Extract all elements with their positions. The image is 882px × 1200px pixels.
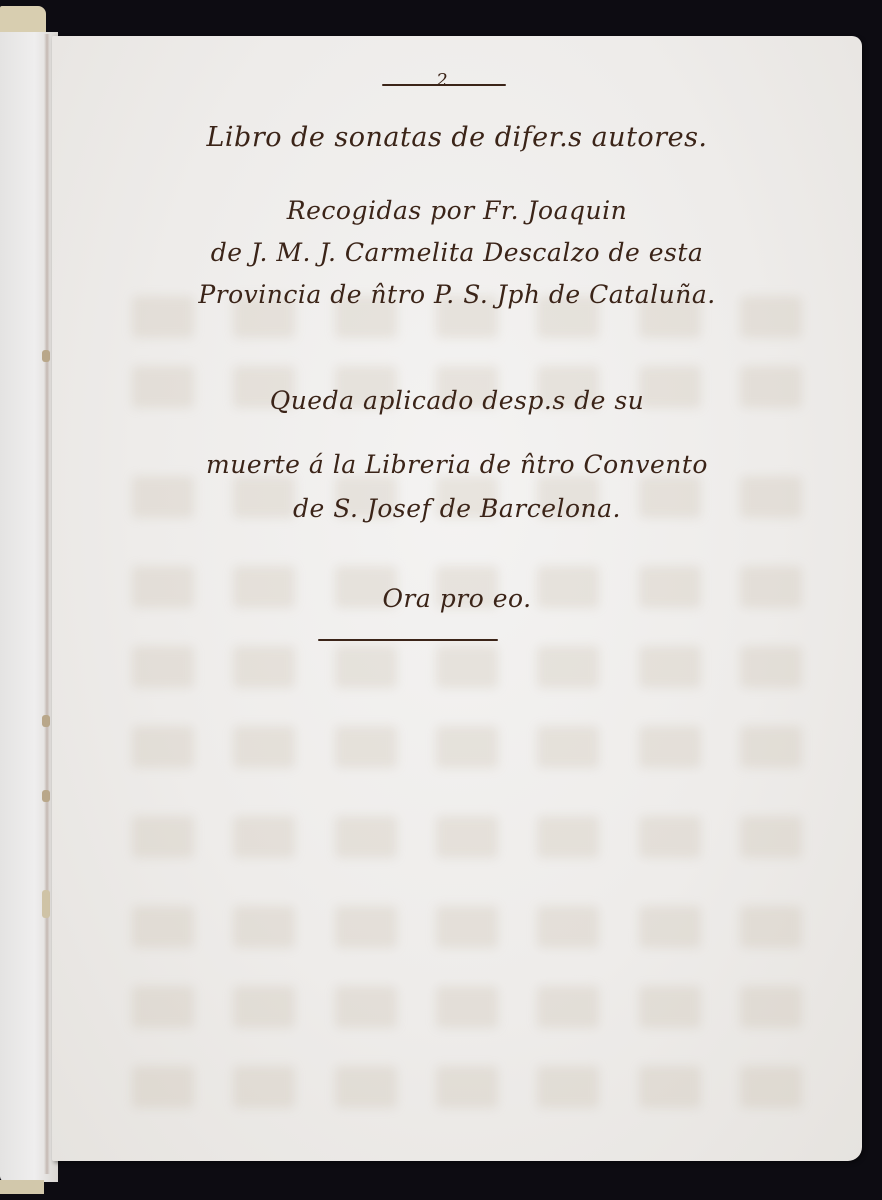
- binding-tab-bottom: [0, 1180, 44, 1194]
- bleed-through-row: [112, 906, 822, 952]
- text-line-7: de S. Josef de Barcelona.: [52, 494, 862, 523]
- binding-stitch: [42, 715, 50, 727]
- binding-tab-top: [0, 6, 46, 32]
- text-line-5: Queda aplicado desp.s de su: [52, 386, 862, 415]
- title-line: Libro de sonatas de difer.s autores.: [52, 122, 862, 153]
- bleed-through-row: [112, 646, 822, 692]
- text-line-3: de J. M. J. Carmelita Descalzo de esta: [52, 238, 862, 267]
- binding-stitch: [42, 890, 50, 918]
- text-line-6: muerte á la Libreria de n̂tro Convento: [52, 450, 862, 479]
- text-line-2: Recogidas por Fr. Joaquin: [52, 196, 862, 225]
- bleed-through-row: [112, 1066, 822, 1112]
- closing-rule: [318, 639, 498, 641]
- folio-number: 2: [382, 76, 506, 96]
- binding-stitch: [42, 350, 50, 362]
- bleed-through-row: [112, 986, 822, 1032]
- text-line-4: Provincia de n̂tro P. S. Jph de Cataluña…: [52, 280, 862, 309]
- gutter-fold: [44, 34, 50, 1174]
- bleed-through-row: [112, 726, 822, 772]
- folio-number-text: 2: [430, 70, 454, 91]
- closing-line: Ora pro eo.: [52, 584, 862, 613]
- manuscript-page: 2 Libro de sonatas de difer.s autores. R…: [52, 36, 862, 1161]
- bleed-through-row: [112, 816, 822, 862]
- binding-stitch: [42, 790, 50, 802]
- manuscript-photo: 2 Libro de sonatas de difer.s autores. R…: [0, 0, 882, 1200]
